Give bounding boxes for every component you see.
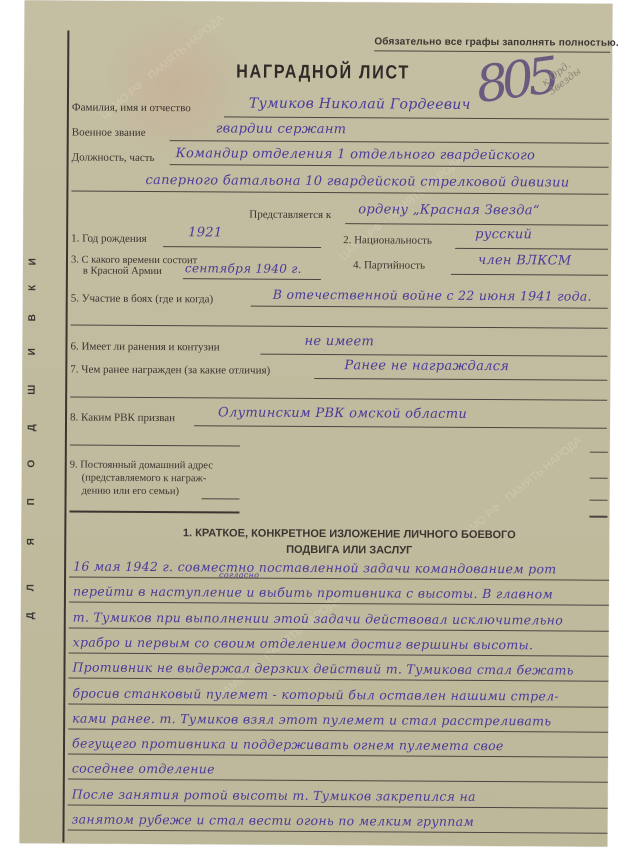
watermark: ЦАМО РФ · ПАМЯТЬ НАРОДА [456,435,584,544]
army-since-label-line2: в Красной Армии [83,266,162,277]
narrative-line: соседнее отделение [72,761,215,777]
rvk-line [194,425,607,429]
name-line [224,116,609,119]
narrative-line: Противник не выдержал дерзких действий т… [72,660,573,678]
wounds-value: не имеет [304,334,374,349]
army-since-line [183,278,321,280]
side-label-letter: В [27,310,38,326]
margin-tick [590,500,608,501]
name-value: Тумиков Николай Гордеевич [249,96,471,113]
side-label-letter: Я [26,534,37,550]
narrative-line: перейти в наступление и выбить противник… [73,584,553,602]
party-value: член ВЛКСМ [478,253,572,269]
narrative-rule [68,754,608,758]
battles-line [251,306,608,309]
narrative-line: т. Тумиков при выполнении этой задачи де… [73,609,563,627]
wounds-line [260,354,607,357]
margin-tick [590,452,608,453]
address-label-line2: (представляемого к награж- [82,473,207,485]
document-title: НАГРАДНОЙ ЛИСТ [236,62,410,85]
paper-stain [104,11,245,162]
address-label-line3: дению или его семьи) [82,486,179,498]
narrative-rule [68,829,608,833]
margin-tick [590,478,608,479]
nationality-line [455,248,608,250]
narrative-rule [68,703,608,707]
margin-tick [589,516,607,518]
narrative-line: ками ранее. т. Тумиков взял этот пулемет… [72,710,551,728]
name-label: Фамилия, имя и отчество [72,102,191,115]
prior-awards-line2 [70,396,607,400]
narrative-rule [69,576,609,580]
prior-awards-line [314,378,607,381]
narrative-rule [68,728,608,732]
narrative-rule [69,627,609,631]
army-since-value: сентября 1940 г. [185,261,302,276]
narrative-rule [68,779,608,783]
birth-year-value: 1921 [188,225,222,240]
nationality-value: русский [475,227,532,242]
prior-awards-label: 7. Чем ранее награжден (за какие отличия… [70,363,270,376]
award-value: ордену „Красная Звезда“ [358,202,540,218]
birth-year-label: 1. Год рождения [71,233,147,245]
side-label-letter: Л [25,580,36,596]
narrative-line: занятом рубеже и стал вести огонь по мел… [72,812,475,829]
section1-narrative: 16 мая 1942 г. совместно поставленной за… [25,0,613,4]
side-label-letter: Ш [27,382,38,398]
battles-label: 5. Участие в боях (где и когда) [71,292,214,305]
award-sheet-paper: ЦАМО РФ · ПАМЯТЬ НАРОДА ЦАМО РФ · ПАМЯТЬ… [19,0,612,847]
side-label-letter: П [26,494,37,510]
battles-line2 [71,324,608,328]
position-line1 [170,164,609,168]
position-value-line1: Командир отделения 1 отдельного гвардейс… [176,146,536,163]
wounds-label: 6. Имеет ли ранения и контузии [70,340,219,353]
army-since-label-line1: 3. С какого времени состоит [71,255,197,267]
narrative-rule [69,652,609,656]
narrative-line: 16 мая 1942 г. совместно поставленной за… [73,559,556,577]
signature-margin-line [62,30,69,842]
position-line2 [71,191,608,195]
section1-heading-line2: ПОДВИГА ИЛИ ЗАСЛУГ [89,543,609,558]
address-top-line [70,444,240,446]
prior-awards-value: Ранее не награждался [344,358,509,374]
side-label-letter: И [27,344,38,360]
narrative-line: бросив станковый пулемет - который был о… [72,685,559,703]
position-value-line2: саперного батальона 10 гвардейской стрел… [145,173,569,191]
nationality-label: 2. Национальность [343,234,432,247]
side-label-letter: И [27,254,38,270]
section1-heading-line1: 1. КРАТКОЕ, КОНКРЕТНОЕ ИЗЛОЖЕНИЕ ЛИЧНОГО… [89,527,609,542]
side-label-letter: О [26,456,37,472]
narrative-rule [68,804,608,808]
position-label: Должность, часть [72,152,155,165]
address-label-line1: 9. Постоянный домашний адрес [70,459,213,471]
address-bottom-line [69,510,239,513]
narrative-line: После занятия ротой высоты т. Тумиков за… [72,786,476,803]
award-label: Представляется к [249,209,331,222]
party-line [451,274,608,276]
narrative-rule [68,678,608,682]
battles-value: В отечественной войне с 22 июня 1941 год… [273,287,592,304]
side-label-letter: К [27,280,38,296]
rvk-value: Олутинским РВК омской области [218,405,467,422]
address-line [202,498,240,499]
birth-year-line [163,246,321,248]
rank-line [170,140,609,144]
rank-value: гвардии сержант [216,121,347,137]
rank-label: Военное звание [72,127,146,139]
side-label-letter: Д [26,420,37,436]
side-label-letter: Д [25,608,36,624]
rvk-label: 8. Каким РВК призван [70,411,175,424]
party-label: 4. Партийность [353,259,425,271]
narrative-line: храбро и первым со своим отделением дост… [73,634,534,652]
narrative-line: бегущего противника и поддерживать огнем… [72,736,504,754]
